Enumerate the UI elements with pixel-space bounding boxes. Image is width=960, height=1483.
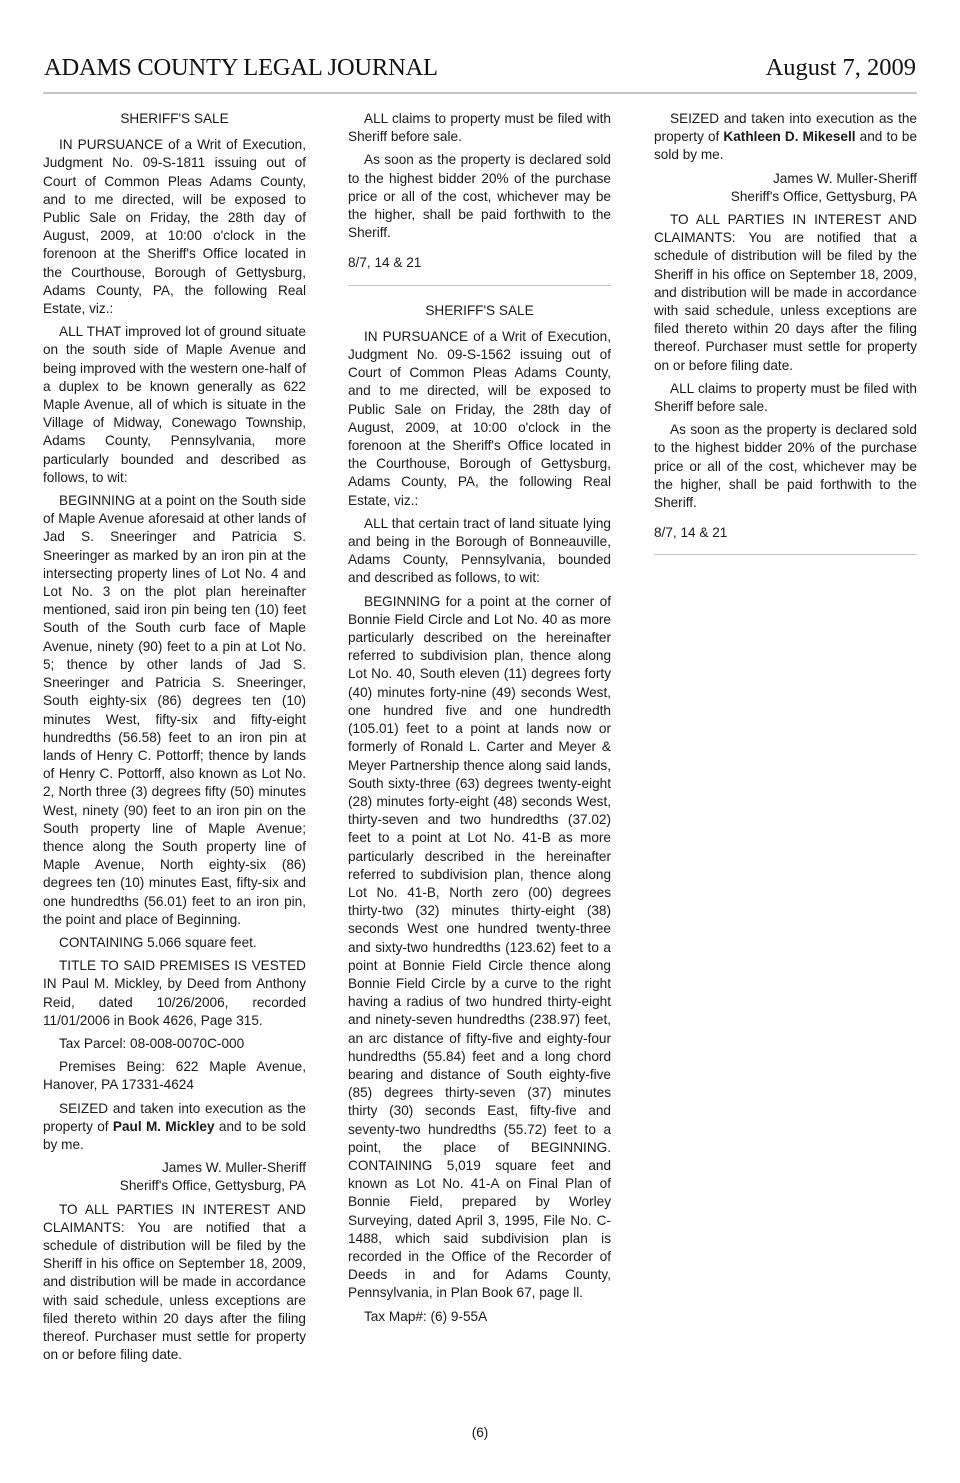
containing-area: CONTAINING 5.066 square feet.	[43, 934, 306, 952]
property-description: ALL that certain tract of land situate l…	[348, 515, 611, 588]
distribution-notice: TO ALL PARTIES IN INTEREST AND CLAIMANTS…	[654, 211, 917, 375]
column-3: SEIZED and taken into execution as the p…	[654, 110, 917, 571]
page-number: (6)	[0, 1425, 960, 1440]
claims-paragraph: ALL claims to property must be filed wit…	[348, 110, 611, 146]
seized-paragraph: SEIZED and taken into execution as the p…	[43, 1100, 306, 1155]
sheriff-signature: James W. Muller-Sheriff	[43, 1159, 306, 1177]
publication-title: ADAMS COUNTY LEGAL JOURNAL	[44, 54, 438, 82]
notice-heading: SHERIFF'S SALE	[348, 302, 611, 320]
publication-dates: 8/7, 14 & 21	[654, 524, 917, 542]
masthead: ADAMS COUNTY LEGAL JOURNAL August 7, 200…	[43, 52, 917, 94]
tax-parcel: Tax Parcel: 08-008-0070C-000	[43, 1035, 306, 1053]
payment-paragraph: As soon as the property is declared sold…	[348, 151, 611, 242]
sheriff-office: Sheriff's Office, Gettysburg, PA	[43, 1177, 306, 1195]
sheriff-signature: James W. Muller-Sheriff	[654, 170, 917, 188]
issue-date: August 7, 2009	[766, 54, 916, 82]
distribution-notice: TO ALL PARTIES IN INTEREST AND CLAIMANTS…	[43, 1201, 306, 1365]
notice-divider	[348, 285, 611, 286]
title-vesting: TITLE TO SAID PREMISES IS VEST­ED IN Pau…	[43, 957, 306, 1030]
metes-and-bounds: BEGINNING for a point at the corner of B…	[348, 593, 611, 1303]
property-description: ALL THAT improved lot of ground situ­ate…	[43, 323, 306, 487]
column-2: ALL claims to property must be filed wit…	[348, 110, 611, 1331]
payment-paragraph: As soon as the property is declared sold…	[654, 421, 917, 512]
notice-divider	[654, 554, 917, 555]
claims-paragraph: ALL claims to property must be filed wit…	[654, 380, 917, 416]
seized-paragraph: SEIZED and taken into execution as the p…	[654, 110, 917, 165]
writ-paragraph: IN PURSUANCE of a Writ of Execu­tion, Ju…	[348, 328, 611, 510]
defendant-name: Paul M. Mickley	[113, 1119, 215, 1134]
defendant-name: Kathleen D. Mikesell	[723, 129, 855, 144]
column-1: SHERIFF'S SALE IN PURSUANCE of a Writ of…	[43, 110, 306, 1369]
tax-map: Tax Map#: (6) 9-55A	[348, 1308, 611, 1326]
publication-dates: 8/7, 14 & 21	[348, 254, 611, 272]
writ-paragraph: IN PURSUANCE of a Writ of Execu­tion, Ju…	[43, 136, 306, 318]
premises-address: Premises Being: 622 Maple Avenue, Hanove…	[43, 1058, 306, 1094]
sheriff-office: Sheriff's Office, Gettysburg, PA	[654, 188, 917, 206]
notice-heading: SHERIFF'S SALE	[43, 110, 306, 128]
metes-and-bounds: BEGINNING at a point on the South side o…	[43, 492, 306, 929]
